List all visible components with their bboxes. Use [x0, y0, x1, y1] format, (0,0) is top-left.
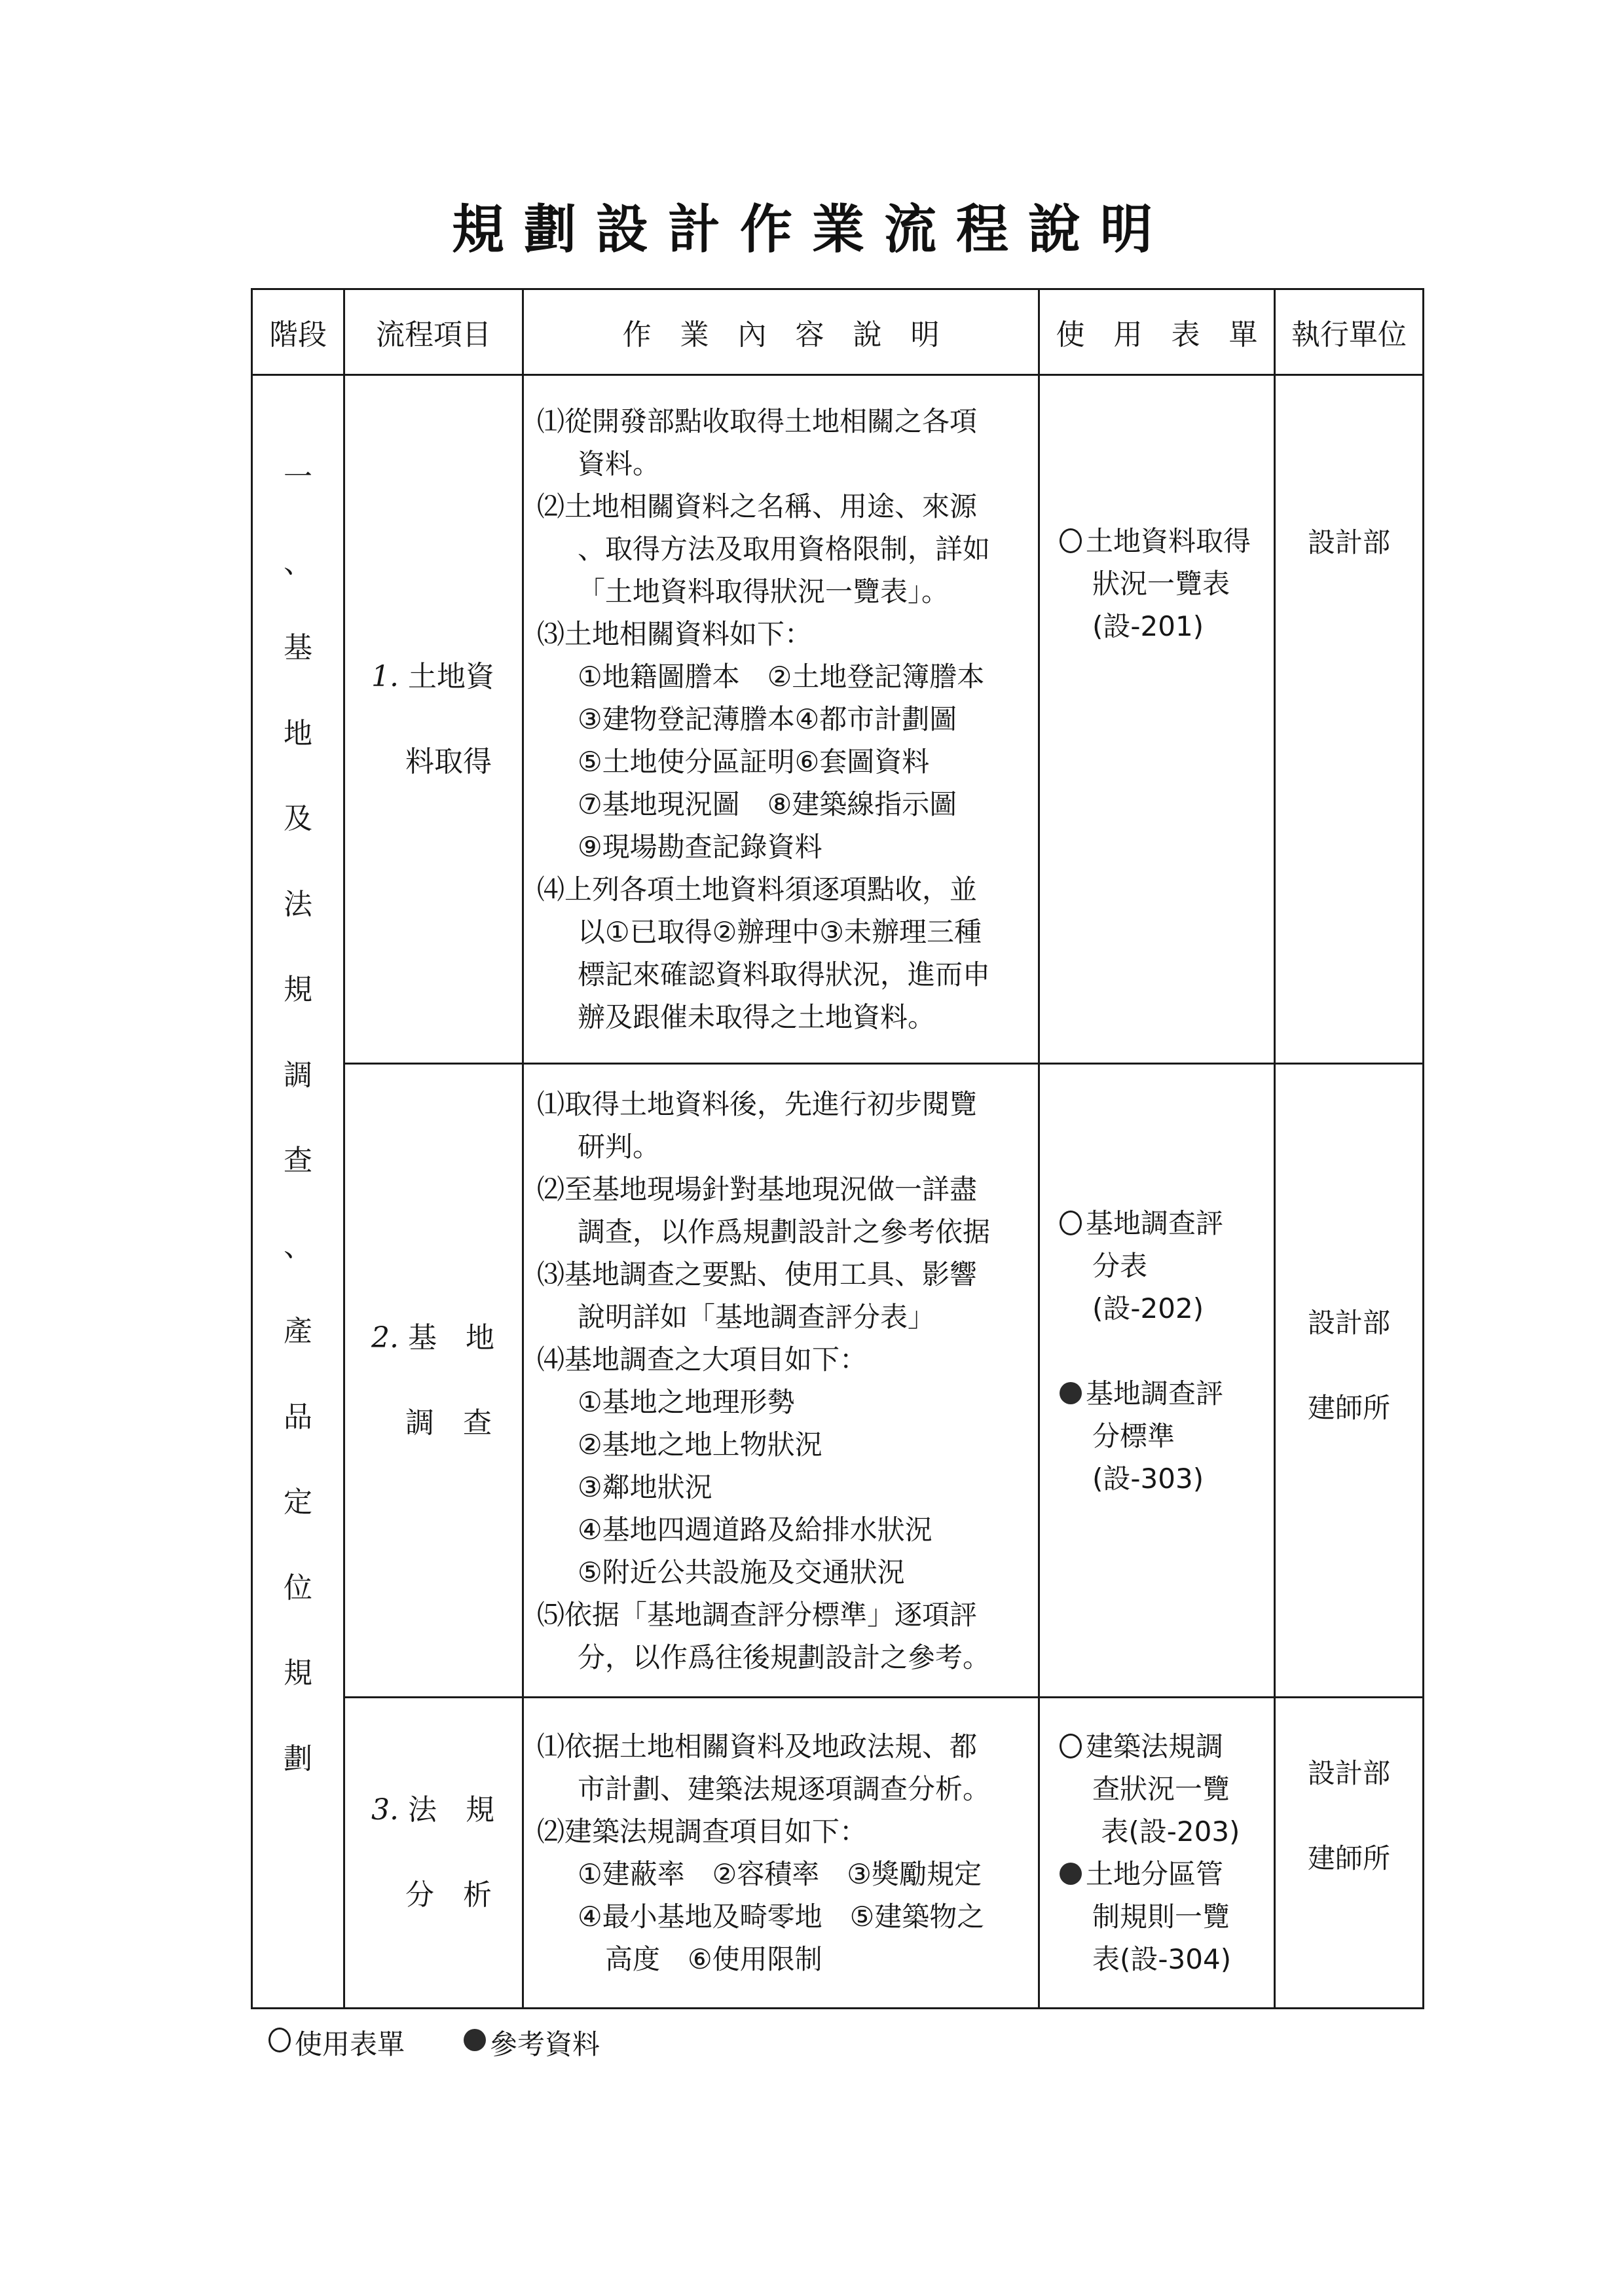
item-number: 3. [371, 1793, 399, 1827]
legend-item-forms: 使用表單 [268, 2023, 405, 2062]
stage-char: 品 [284, 1375, 312, 1461]
item-number: 2. [371, 1321, 399, 1355]
header-process-item: 流程項目 [344, 289, 523, 375]
stage-label: 一 、 基 地 及 法 規 調 查 、 產 品 定 位 規 劃 [253, 376, 343, 1802]
desc-line: 標記來確認資料取得狀況，進而申 [537, 953, 1026, 996]
form-code: (設-201) [1060, 605, 1274, 647]
desc-line: 「土地資料取得狀況一覽表」。 [537, 570, 1026, 613]
desc-line: ③建物登記薄謄本④都市計劃圖 [537, 698, 1026, 740]
desc-line: ⑤土地使分區証明⑥套圖資料 [537, 740, 1026, 783]
item-label-line2: 調 查 [371, 1381, 522, 1466]
form-entry: 土地資料取得 狀況一覽表 (設-201) [1060, 520, 1274, 647]
legend-item-reference: 參考資料 [464, 2023, 600, 2062]
form-entry: 土地分區管 制規則一覽 表(設-304) [1060, 1853, 1274, 1980]
stage-cell: 一 、 基 地 及 法 規 調 查 、 產 品 定 位 規 劃 [252, 375, 344, 2009]
process-item-cell: 1. 土地資 料取得 [344, 375, 523, 1064]
form-name: 基地調查評 [1086, 1377, 1223, 1410]
desc-line: 研判。 [537, 1125, 1026, 1168]
desc-line: ⑴依据土地相關資料及地政法規、都 [537, 1725, 1026, 1768]
form-name: 狀況一覽表 [1060, 562, 1274, 605]
desc-line: ④基地四週道路及給排水狀況 [537, 1508, 1026, 1551]
form-name: 土地資料取得 [1086, 525, 1251, 557]
stage-char: 法 [284, 862, 312, 948]
form-name: 建築法規調 [1086, 1730, 1223, 1762]
desc-line: ⑶土地相關資料如下： [537, 613, 1026, 655]
form-entry: 基地調查評 分標準 (設-303) [1060, 1372, 1274, 1500]
legend-label: 使用表單 [295, 2023, 405, 2062]
stage-char: 查 [284, 1118, 312, 1204]
form-name: 分表 [1060, 1245, 1274, 1287]
item-label-line2: 料取得 [371, 720, 522, 805]
desc-line: ⑤附近公共設施及交通狀況 [537, 1551, 1026, 1594]
exec-unit-cell: 設計部 [1275, 375, 1424, 1064]
desc-line: 調查，以作爲規劃設計之參考依据 [537, 1211, 1026, 1253]
stage-char: 劃 [284, 1717, 312, 1802]
exec-unit: 設計部 [1276, 500, 1422, 585]
item-number: 1. [371, 660, 399, 693]
exec-unit: 設計部 [1276, 1731, 1422, 1816]
desc-line: ⑸依据「基地調查評分標準」逐項評 [537, 1594, 1026, 1636]
desc-line: ①地籍圖謄本 ②土地登記簿謄本 [537, 655, 1026, 698]
desc-line: ②基地之地上物狀況 [537, 1423, 1026, 1466]
desc-line: 說明詳如「基地調查評分表」 [537, 1296, 1026, 1338]
open-circle-icon [1060, 1734, 1082, 1758]
table-header-row: 階段 流程項目 作 業 內 容 說 明 使 用 表 單 執行單位 [252, 289, 1424, 375]
desc-line: ⑵建築法規調查項目如下： [537, 1810, 1026, 1853]
stage-char: 產 [284, 1289, 312, 1375]
desc-line: ⑵至基地現場針對基地現況做一詳盡 [537, 1168, 1026, 1211]
filled-circle-icon [464, 2029, 486, 2051]
desc-line: 市計劃、建築法規逐項調查分析。 [537, 1768, 1026, 1810]
exec-unit: 建師所 [1276, 1366, 1422, 1451]
stage-char: 位 [284, 1546, 312, 1631]
desc-line: ③鄰地狀況 [537, 1466, 1026, 1508]
header-description: 作 業 內 容 說 明 [523, 289, 1039, 375]
form-entry: 建築法規調 查狀況一覽 表(設-203) [1060, 1725, 1274, 1853]
process-item-cell: 2. 基 地 調 查 [344, 1064, 523, 1698]
stage-char: 調 [284, 1033, 312, 1119]
desc-line: ⑵土地相關資料之名稱、用途、來源 [537, 485, 1026, 528]
desc-line: ⑴取得土地資料後，先進行初步閱覽 [537, 1083, 1026, 1125]
header-forms: 使 用 表 單 [1039, 289, 1275, 375]
stage-char: 、 [284, 1204, 312, 1290]
form-name: 分標準 [1060, 1415, 1274, 1457]
desc-line: 分，以作爲往後規劃設計之參考。 [537, 1636, 1026, 1679]
form-name: 查狀況一覽 [1060, 1768, 1274, 1810]
open-circle-icon [1060, 528, 1082, 553]
header-exec-unit: 執行單位 [1275, 289, 1424, 375]
item-label-line2: 分 析 [371, 1853, 522, 1938]
desc-line: ⑷上列各項土地資料須逐項點收，並 [537, 868, 1026, 911]
desc-line: ④最小基地及畸零地 ⑤建築物之 [537, 1895, 1026, 1938]
exec-unit: 設計部 [1276, 1281, 1422, 1366]
stage-char: 定 [284, 1460, 312, 1546]
open-circle-icon [268, 2028, 291, 2052]
desc-line: ⑴從開發部點收取得土地相關之各項 [537, 400, 1026, 443]
legend: 使用表單 參考資料 [268, 2023, 600, 2062]
form-code: (設-303) [1060, 1457, 1274, 1500]
form-name: 基地調查評 [1086, 1207, 1223, 1239]
stage-char: 規 [284, 947, 312, 1033]
form-name: 制規則一覽 [1060, 1895, 1274, 1938]
form-code: 表(設-203) [1060, 1810, 1274, 1853]
stage-char: 、 [284, 520, 312, 606]
page-title: 規劃設計作業流程說明 [0, 196, 1624, 262]
desc-line: 高度 ⑥使用限制 [537, 1938, 1026, 1980]
exec-unit-cell: 設計部 建師所 [1275, 1064, 1424, 1698]
desc-line: ⑦基地現況圖 ⑧建築線指示圖 [537, 783, 1026, 826]
description-cell: ⑴從開發部點收取得土地相關之各項 資料。 ⑵土地相關資料之名稱、用途、來源 、取… [523, 375, 1039, 1064]
description-cell: ⑴取得土地資料後，先進行初步閱覽 研判。 ⑵至基地現場針對基地現況做一詳盡 調查… [523, 1064, 1039, 1698]
process-table: 階段 流程項目 作 業 內 容 說 明 使 用 表 單 執行單位 一 、 基 地… [251, 288, 1424, 2009]
stage-char: 及 [284, 776, 312, 862]
desc-line: ⑶基地調查之要點、使用工具、影響 [537, 1253, 1026, 1296]
desc-line: ⑨現場勘查記錄資料 [537, 826, 1026, 868]
stage-char: 基 [284, 606, 312, 691]
filled-circle-icon [1060, 1863, 1082, 1885]
form-code: (設-202) [1060, 1287, 1274, 1330]
desc-line: 辦及跟催未取得之土地資料。 [537, 996, 1026, 1038]
item-label-line1: 土地資 [408, 660, 494, 693]
process-item-cell: 3. 法 規 分 析 [344, 1698, 523, 2009]
table-row: 一 、 基 地 及 法 規 調 查 、 產 品 定 位 規 劃 [252, 375, 1424, 1064]
desc-line: ①建蔽率 ②容積率 ③獎勵規定 [537, 1853, 1026, 1895]
desc-line: ⑷基地調查之大項目如下： [537, 1338, 1026, 1381]
forms-cell: 土地資料取得 狀況一覽表 (設-201) [1039, 375, 1275, 1064]
form-entry: 基地調查評 分表 (設-202) [1060, 1202, 1274, 1330]
header-stage: 階段 [252, 289, 344, 375]
desc-line: 以①已取得②辦理中③未辦理三種 [537, 911, 1026, 953]
stage-char: 地 [284, 691, 312, 777]
form-name: 土地分區管 [1086, 1858, 1223, 1890]
desc-line: 、取得方法及取用資格限制，詳如 [537, 528, 1026, 570]
exec-unit: 建師所 [1276, 1816, 1422, 1901]
form-code: 表(設-304) [1060, 1938, 1274, 1980]
item-label-line1: 基 地 [408, 1321, 494, 1355]
forms-cell: 基地調查評 分表 (設-202) 基地調查評 分標準 (設-303) [1039, 1064, 1275, 1698]
legend-label: 參考資料 [490, 2023, 600, 2062]
item-label-line1: 法 規 [408, 1793, 494, 1827]
open-circle-icon [1060, 1211, 1082, 1235]
desc-line: 資料。 [537, 443, 1026, 485]
stage-char: 一 [284, 435, 312, 520]
desc-line: ①基地之地理形勢 [537, 1381, 1026, 1423]
table-row: 2. 基 地 調 查 ⑴取得土地資料後，先進行初步閱覽 研判。 ⑵至基地現場針對… [252, 1064, 1424, 1698]
description-cell: ⑴依据土地相關資料及地政法規、都 市計劃、建築法規逐項調查分析。 ⑵建築法規調查… [523, 1698, 1039, 2009]
stage-char: 規 [284, 1631, 312, 1717]
table-row: 3. 法 規 分 析 ⑴依据土地相關資料及地政法規、都 市計劃、建築法規逐項調查… [252, 1698, 1424, 2009]
filled-circle-icon [1060, 1382, 1082, 1404]
forms-cell: 建築法規調 查狀況一覽 表(設-203) 土地分區管 制規則一覽 表(設-304… [1039, 1698, 1275, 2009]
exec-unit-cell: 設計部 建師所 [1275, 1698, 1424, 2009]
